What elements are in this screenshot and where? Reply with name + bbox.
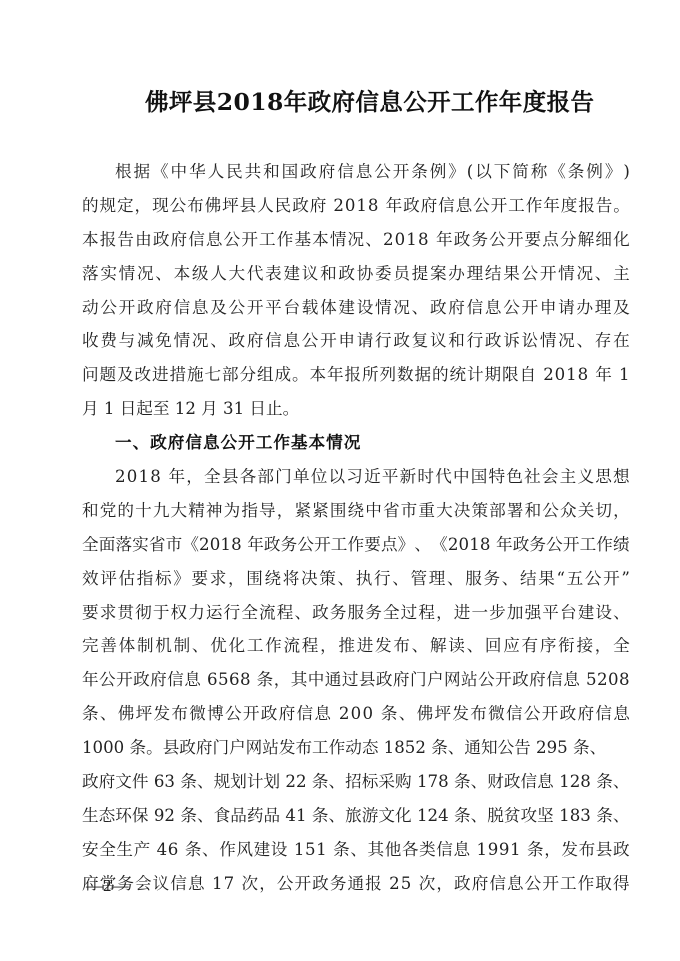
document-page: 佛坪县2018年政府信息公开工作年度报告 根据《中华人民共和国政府信息公开条例》… (0, 0, 680, 961)
section-line-1: 2018 年，全县各部门单位以习近平新时代中国特色社会主义思想 (82, 460, 630, 494)
intro-line-1: 根据《中华人民共和国政府信息公开条例》(以下简称《条例》) (82, 155, 630, 189)
section-line-12: 安全生产 46 条、作风建设 151 条、其他各类信息 1991 条，发布县政 (82, 833, 630, 867)
intro-line-4: 落实情况、本级人大代表建议和政协委员提案办理结果公开情况、主 (82, 257, 630, 291)
section-heading: 一、政府信息公开工作基本情况 (82, 426, 630, 460)
section-line-11: 生态环保 92 条、食品药品 41 条、旅游文化 124 条、脱贫攻坚 183 … (82, 799, 630, 833)
page-number: —2— (86, 876, 129, 896)
section-line-9: 1000 条。县政府门户网站发布工作动态 1852 条、通知公告 295 条、 (82, 731, 630, 765)
section-line-3: 全面落实省市《2018 年政务公开工作要点》、《2018 年政务公开工作绩 (82, 528, 630, 562)
section-line-10: 政府文件 63 条、规划计划 22 条、招标采购 178 条、财政信息 128 … (82, 765, 630, 799)
section-line-5: 要求贯彻于权力运行全流程、政务服务全过程，进一步加强平台建设、 (82, 596, 630, 630)
intro-line-2: 的规定，现公布佛坪县人民政府 2018 年政府信息公开工作年度报告。 (82, 189, 630, 223)
section-line-2: 和党的十九大精神为指导，紧紧围绕中省市重大决策部署和公众关切， (82, 494, 630, 528)
intro-line-3: 本报告由政府信息公开工作基本情况、2018 年政务公开要点分解细化 (82, 223, 630, 257)
document-body: 根据《中华人民共和国政府信息公开条例》(以下简称《条例》) 的规定，现公布佛坪县… (82, 155, 630, 901)
intro-line-8: 月 1 日起至 12 月 31 日止。 (82, 392, 630, 426)
intro-line-5: 动公开政府信息及公开平台载体建设情况、政府信息公开申请办理及 (82, 291, 630, 325)
section-line-13: 府常务会议信息 17 次，公开政务通报 25 次，政府信息公开工作取得 (82, 867, 630, 901)
section-line-4: 效评估指标》要求，围绕将决策、执行、管理、服务、结果“五公开” (82, 562, 630, 596)
section-line-8: 条、佛坪发布微博公开政府信息 200 条、佛坪发布微信公开政府信息 (82, 697, 630, 731)
document-title: 佛坪县2018年政府信息公开工作年度报告 (145, 84, 625, 120)
section-line-6: 完善体制机制、优化工作流程，推进发布、解读、回应有序衔接，全 (82, 629, 630, 663)
section-line-7: 年公开政府信息 6568 条，其中通过县政府门户网站公开政府信息 5208 (82, 663, 630, 697)
intro-line-7: 问题及改进措施七部分组成。本年报所列数据的统计期限自 2018 年 1 (82, 358, 630, 392)
intro-line-6: 收费与减免情况、政府信息公开申请行政复议和行政诉讼情况、存在 (82, 324, 630, 358)
